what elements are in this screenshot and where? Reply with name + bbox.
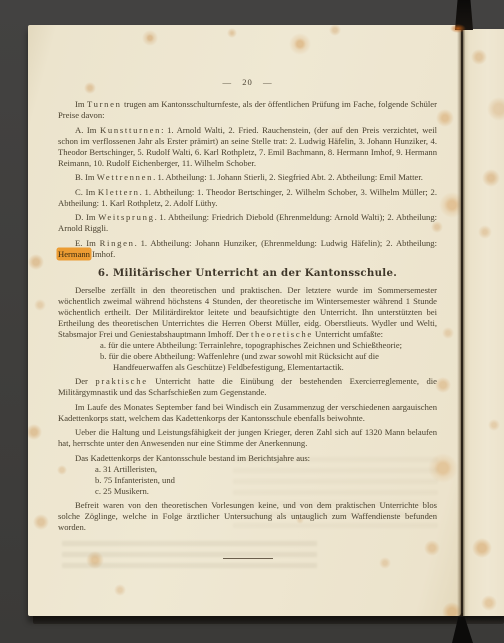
intro-paragraph: Im Turnen trugen am Kantonsschulturnfest… [58, 99, 437, 121]
prize-section-a: A. Im Kunstturnen: 1. Arnold Walti, 2. F… [58, 125, 437, 169]
prize-section-b: B. Im Wettrennen. 1. Abtheilung: 1. Joha… [58, 172, 437, 183]
spine-glint [450, 24, 466, 33]
curriculum-item-a: a. für die untere Abtheilung: Terrainleh… [58, 340, 437, 351]
military-paragraph-2: Der praktische Unterricht hatte die Einü… [58, 376, 437, 398]
book-scan-photo: — 20 — Im Turnen trugen am Kantonsschult… [0, 0, 504, 643]
prize-section-d: D. Im Weitsprung. 1. Abtheilung: Friedri… [58, 212, 437, 234]
military-paragraph-5: Das Kadettenkorps der Kantonsschule best… [58, 453, 437, 464]
military-paragraph-6: Befreit waren von den theoretischen Vorl… [58, 500, 437, 533]
book-gutter [457, 27, 465, 616]
scanned-page: — 20 — Im Turnen trugen am Kantonsschult… [28, 25, 461, 616]
prize-section-e: E. Im Ringen. 1. Abtheilung: Johann Hunz… [58, 238, 437, 260]
military-paragraph-4: Ueber die Haltung und Leistungsfähigkeit… [58, 427, 437, 449]
curriculum-item-b: b. für die obere Abtheilung: Waffenlehre… [58, 351, 437, 373]
corps-item-infanterists: b. 75 Infanteristen, und [58, 475, 437, 486]
end-divider [223, 558, 273, 559]
page-number: — 20 — [58, 77, 437, 88]
prize-section-c: C. Im Klettern. 1. Abtheilung: 1. Theodo… [58, 187, 437, 209]
page-content: — 20 — Im Turnen trugen am Kantonsschult… [28, 25, 461, 616]
section-heading: 6. Militärischer Unterricht an der Kanto… [58, 267, 437, 280]
corps-item-artillerists: a. 31 Artilleristen, [58, 464, 437, 475]
facing-page-edge [463, 29, 504, 616]
military-paragraph-1: Derselbe zerfällt in den theoretischen u… [58, 285, 437, 340]
corps-item-musicians: c. 25 Musikern. [58, 486, 437, 497]
military-paragraph-3: Im Laufe des Monates September fand bei … [58, 402, 437, 424]
